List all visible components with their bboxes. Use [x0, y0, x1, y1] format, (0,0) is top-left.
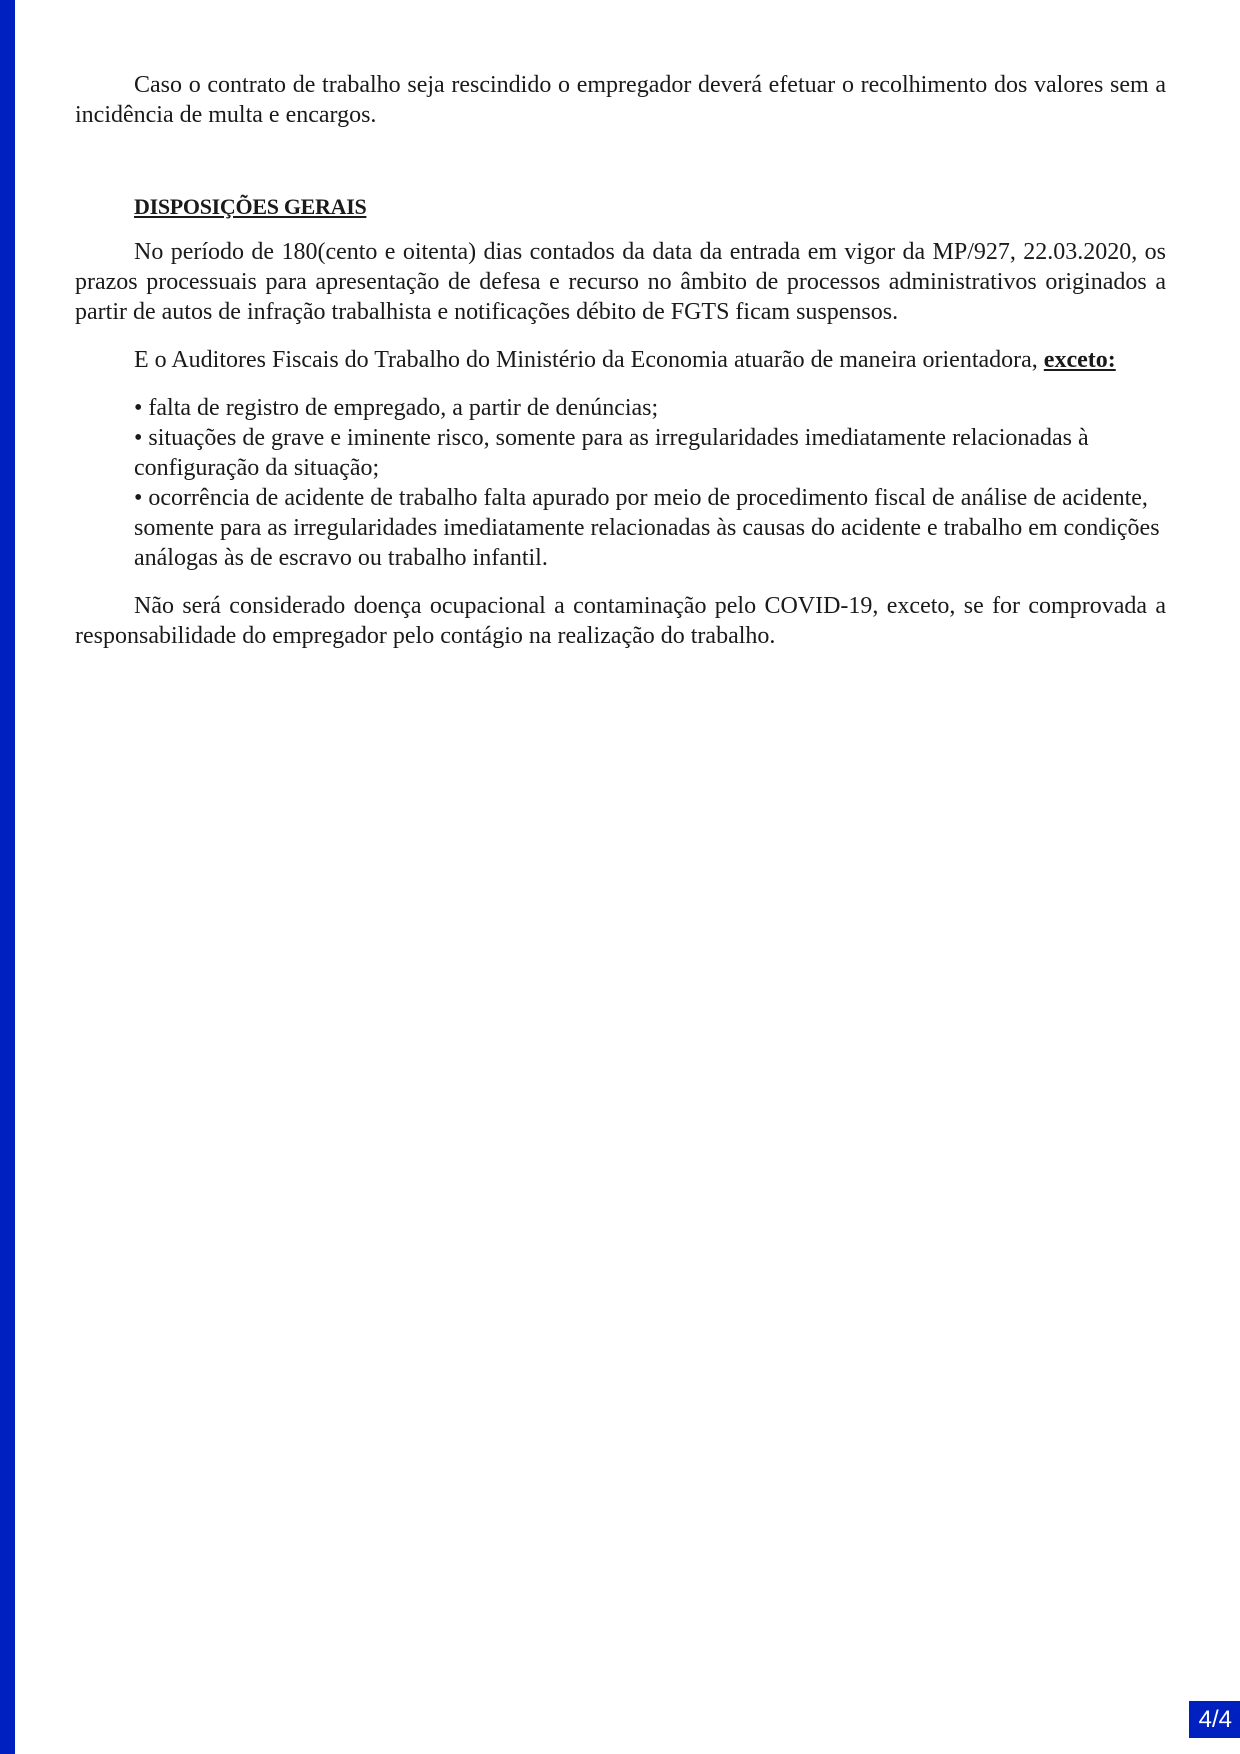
- auditors-text: E o Auditores Fiscais do Trabalho do Min…: [134, 347, 1038, 373]
- side-accent-bar: [0, 0, 15, 1754]
- document-body: Caso o contrato de trabalho seja rescind…: [75, 70, 1166, 651]
- exception-label: exceto:: [1044, 347, 1116, 373]
- list-item: • ocorrência de acidente de trabalho fal…: [134, 483, 1166, 573]
- paragraph-contract-termination: Caso o contrato de trabalho seja rescind…: [75, 70, 1166, 130]
- paragraph-covid-occupational: Não será considerado doença ocupacional …: [75, 591, 1166, 651]
- paragraph-deadlines-suspended: No período de 180(cento e oitenta) dias …: [75, 237, 1166, 327]
- page-number-badge: 4/4: [1189, 1701, 1240, 1738]
- paragraph-auditors: E o Auditores Fiscais do Trabalho do Min…: [75, 345, 1166, 375]
- exceptions-list: • falta de registro de empregado, a part…: [134, 393, 1166, 573]
- section-heading-general-provisions: DISPOSIÇÕES GERAIS: [134, 192, 1166, 222]
- list-item: • falta de registro de empregado, a part…: [134, 393, 1166, 423]
- list-item: • situações de grave e iminente risco, s…: [134, 423, 1166, 483]
